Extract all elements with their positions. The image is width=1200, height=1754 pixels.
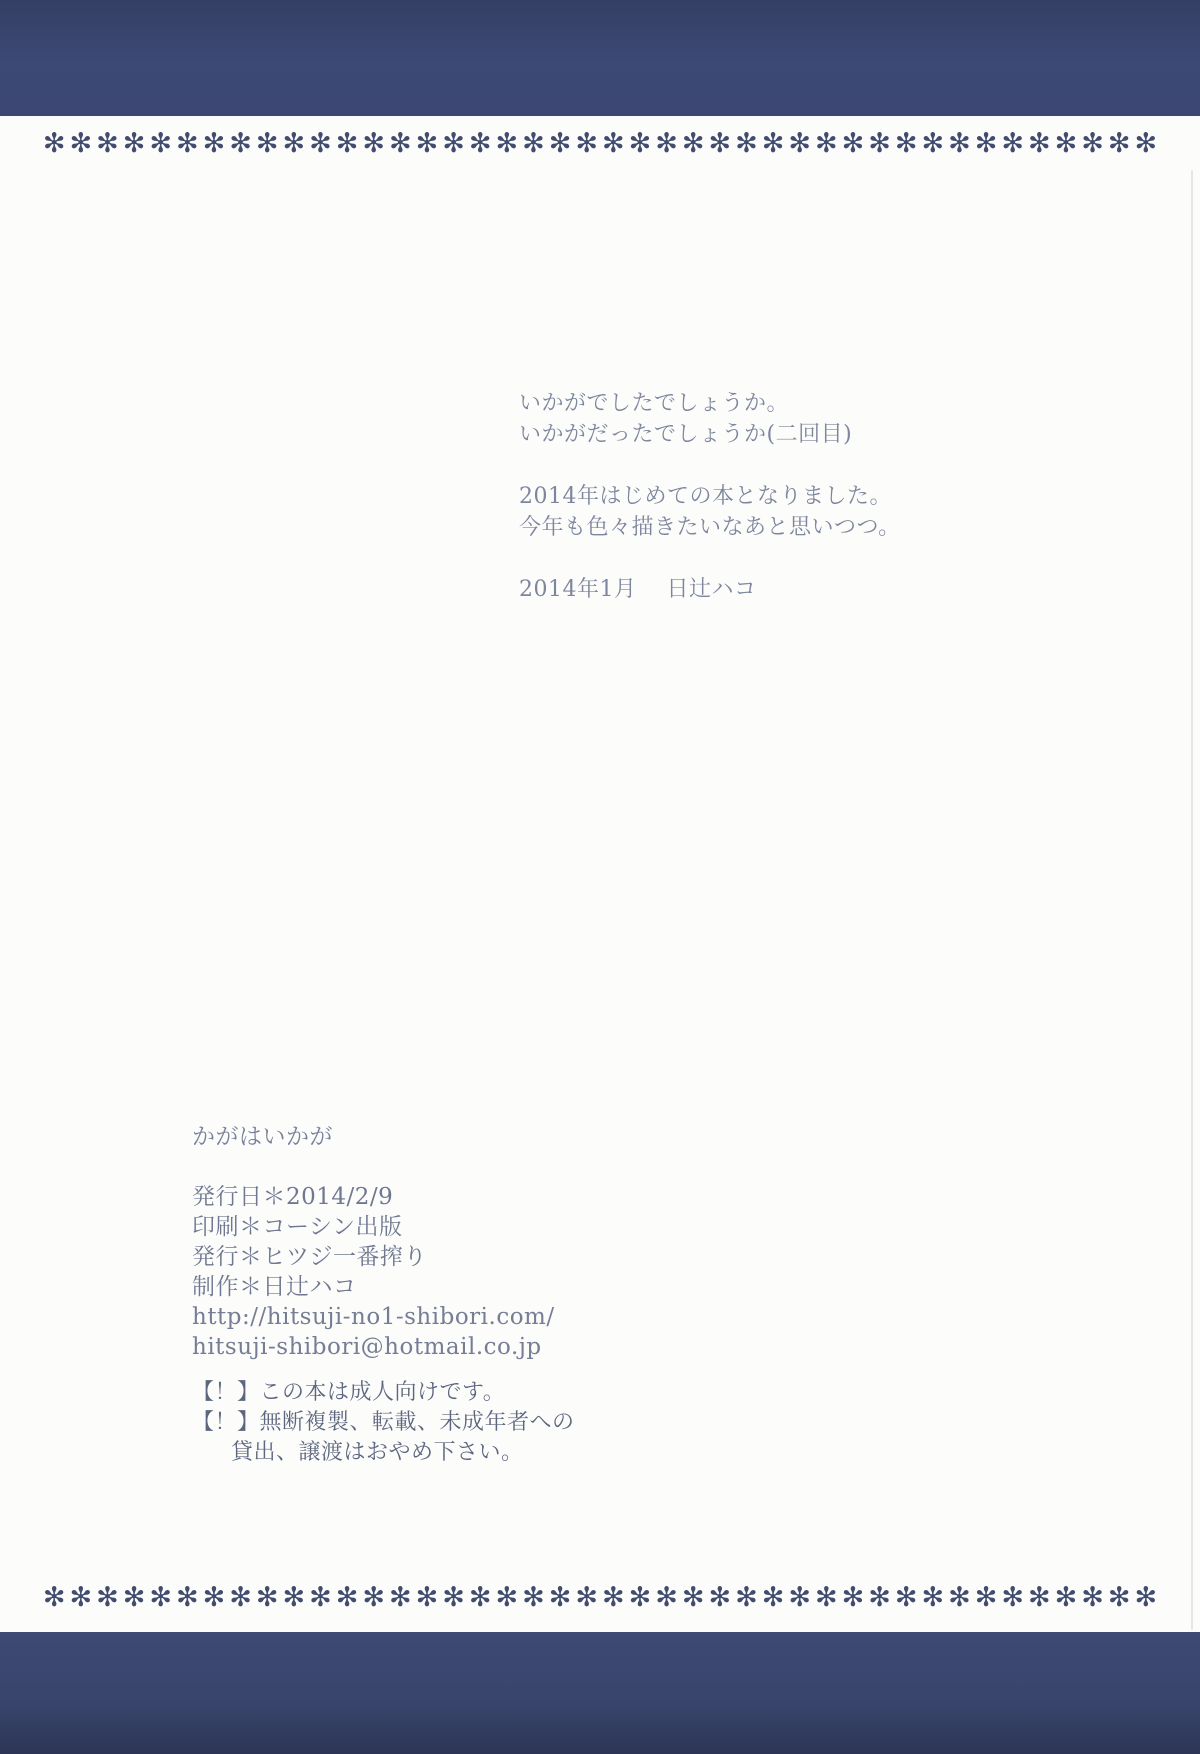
blank-line xyxy=(519,450,901,481)
scanned-afterword-page: ✻✻✻✻✻✻✻✻✻✻✻✻✻✻✻✻✻✻✻✻✻✻✻✻✻✻✻✻✻✻✻✻✻✻✻✻✻✻✻✻… xyxy=(0,0,1200,1754)
afterword-text-block: いかがでしたでしょうか。 いかがだったでしょうか(二回目) 2014年はじめての… xyxy=(519,388,901,605)
afterword-line: 2014年はじめての本となりました。 xyxy=(519,481,901,512)
warning-line-no-reproduction: 【！】無断複製、転載、未成年者への xyxy=(192,1408,575,1438)
publisher-circle-line: 発行＊ヒツジ一番搾り xyxy=(192,1242,575,1272)
colophon-block: かがはいかが 発行日＊2014/2/9 印刷＊コーシン出版 発行＊ヒツジ一番搾り… xyxy=(192,1122,575,1468)
afterword-line: いかがでしたでしょうか。 xyxy=(519,388,901,419)
bottom-snowflake-border: ✻✻✻✻✻✻✻✻✻✻✻✻✻✻✻✻✻✻✻✻✻✻✻✻✻✻✻✻✻✻✻✻✻✻✻✻✻✻✻✻… xyxy=(0,1582,1200,1616)
publication-date-line: 発行日＊2014/2/9 xyxy=(192,1182,575,1212)
bottom-navy-band xyxy=(0,1632,1200,1754)
printer-line: 印刷＊コーシン出版 xyxy=(192,1212,575,1242)
scan-edge-line xyxy=(1191,170,1193,1630)
top-snowflake-border: ✻✻✻✻✻✻✻✻✻✻✻✻✻✻✻✻✻✻✻✻✻✻✻✻✻✻✻✻✻✻✻✻✻✻✻✻✻✻✻✻… xyxy=(0,128,1200,162)
blank-line xyxy=(519,543,901,574)
blank-line xyxy=(192,1362,575,1378)
afterword-signature: 2014年1月 日辻ハコ xyxy=(519,574,901,605)
afterword-line: 今年も色々描きたいなあと思いつつ。 xyxy=(519,512,901,543)
website-url: http://hitsuji-no1-shibori.com/ xyxy=(192,1302,575,1332)
author-line: 制作＊日辻ハコ xyxy=(192,1272,575,1302)
afterword-line: いかがだったでしょうか(二回目) xyxy=(519,419,901,450)
warning-line-continuation: 貸出、譲渡はおやめ下さい。 xyxy=(192,1438,575,1468)
top-navy-band xyxy=(0,0,1200,116)
email-address: hitsuji-shibori@hotmail.co.jp xyxy=(192,1332,575,1362)
book-title: かがはいかが xyxy=(192,1122,575,1152)
warning-line-adult: 【！】この本は成人向けです。 xyxy=(192,1378,575,1408)
